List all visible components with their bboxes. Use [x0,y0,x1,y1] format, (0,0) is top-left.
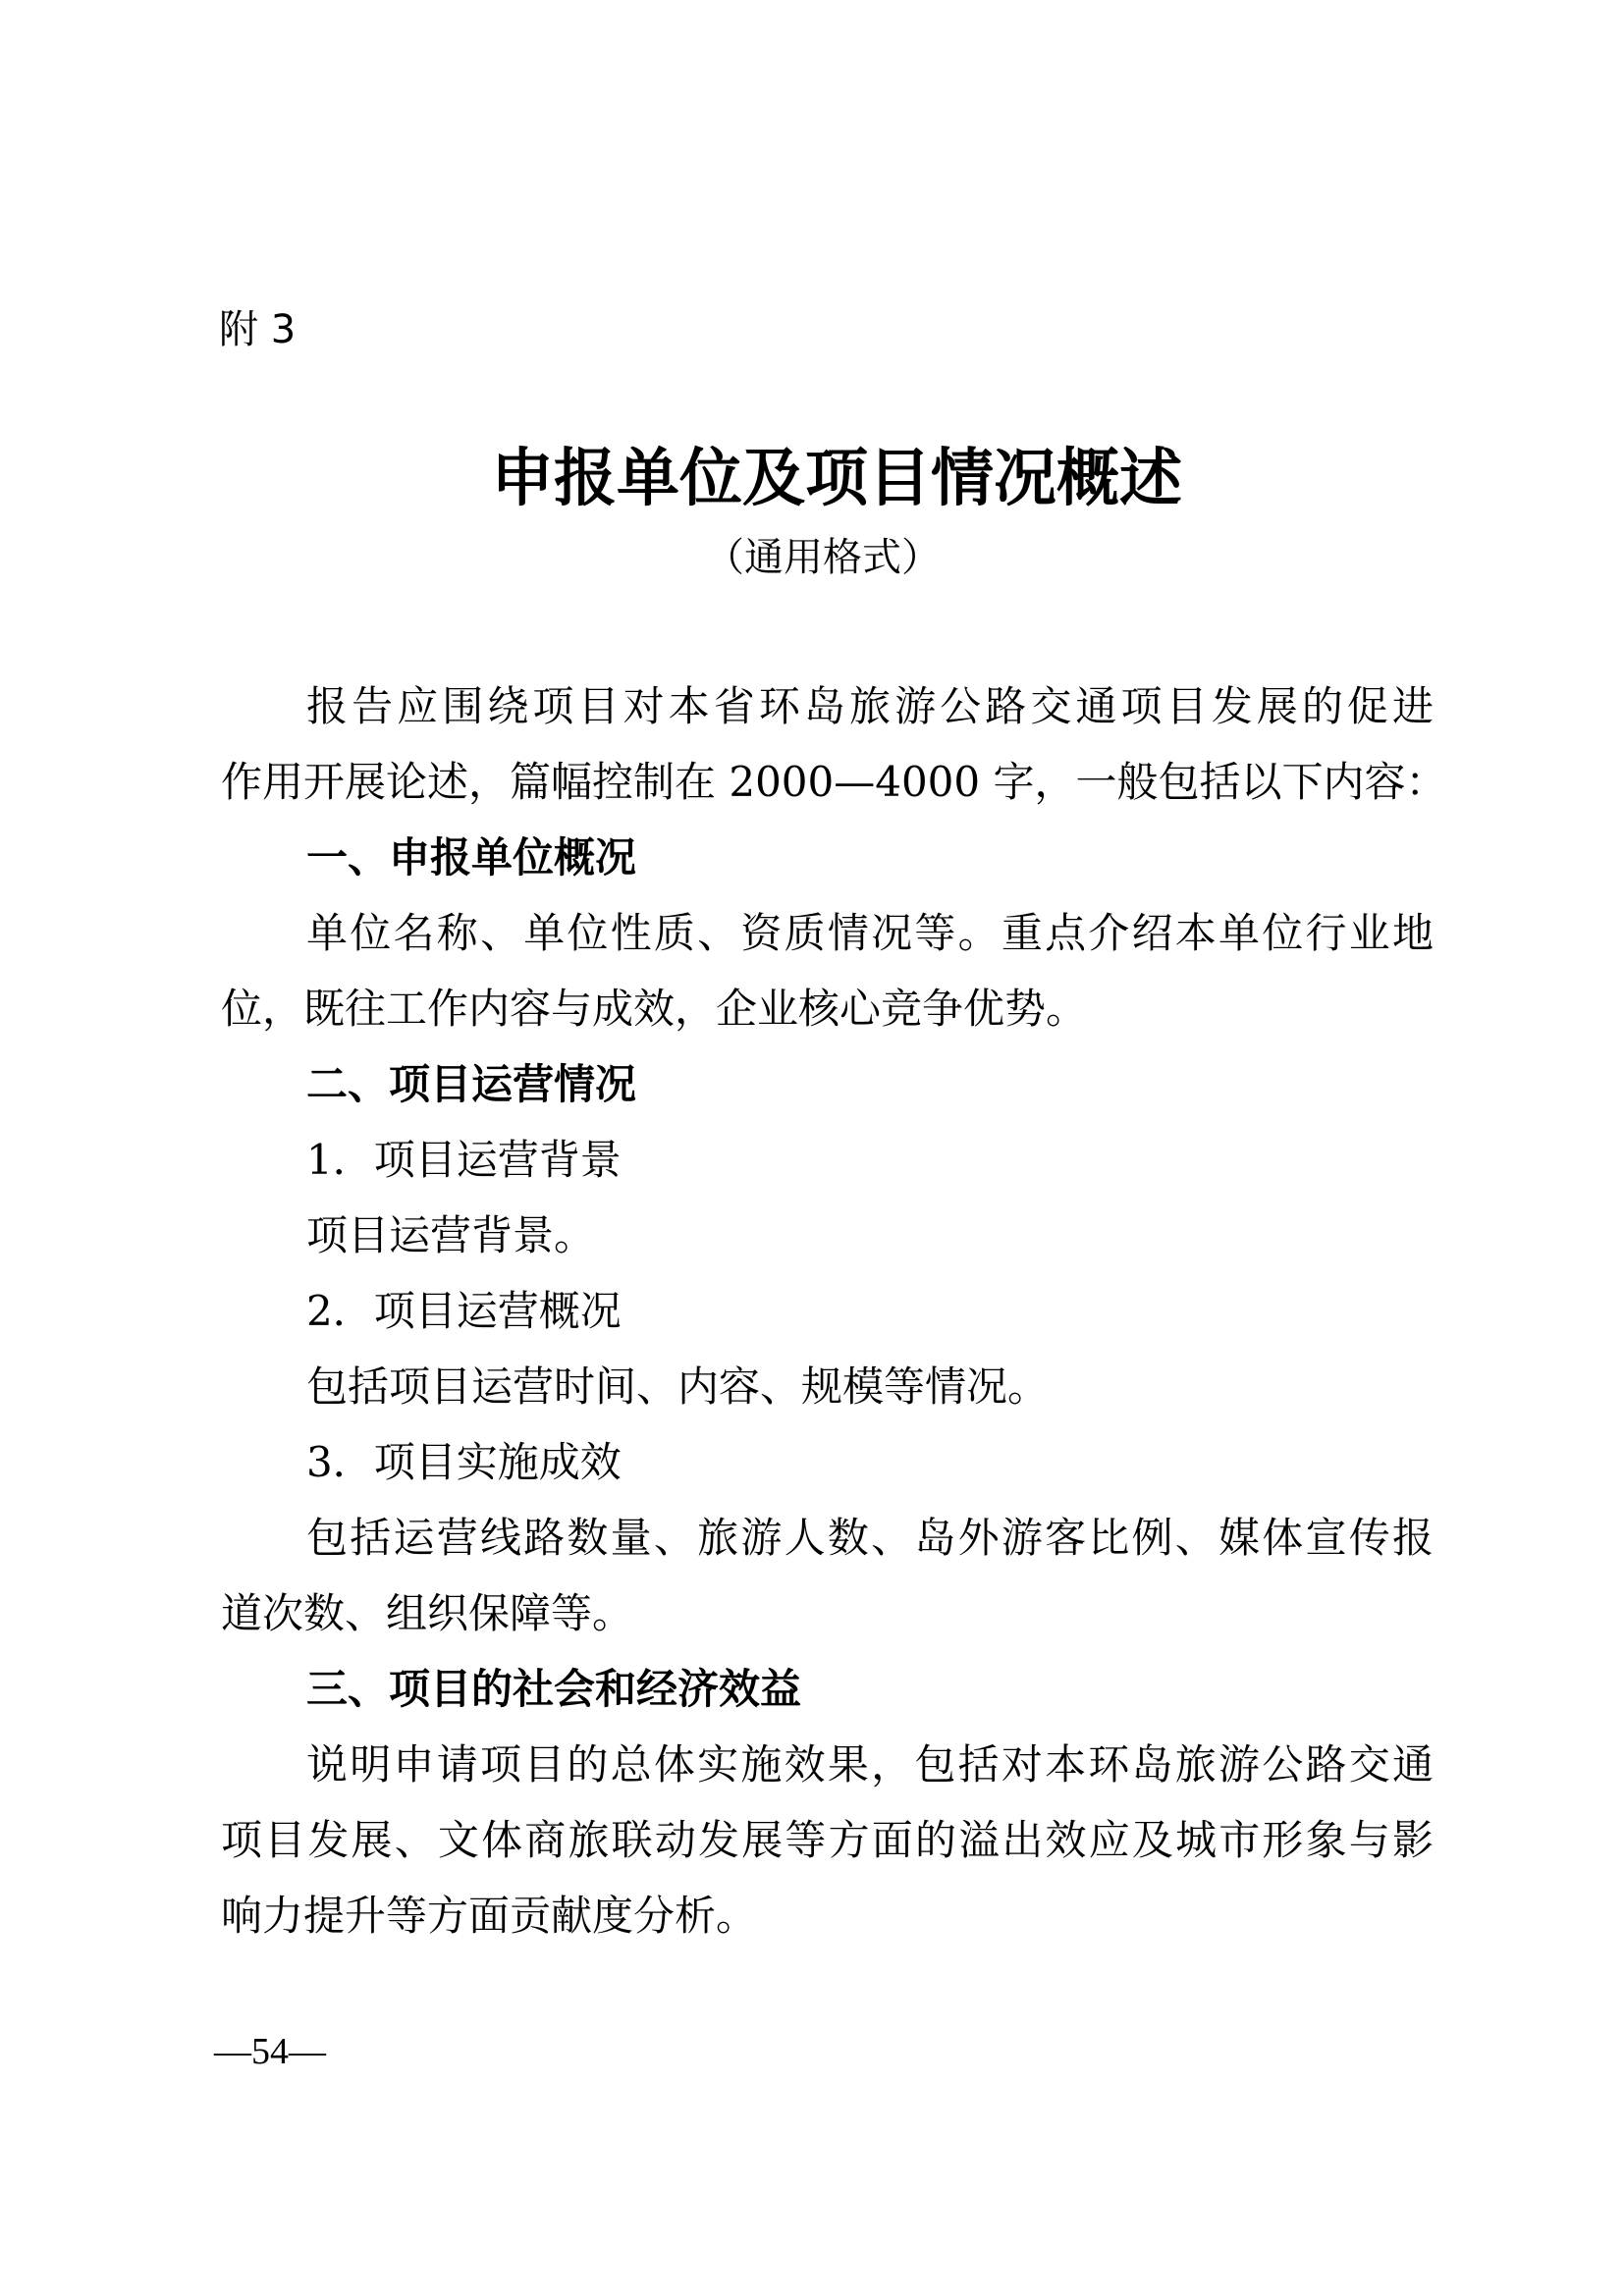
document-subtitle: （通用格式） [705,530,933,585]
subsection-2-3-heading: 3．项目实施成效 [306,1435,622,1490]
subsection-2-3-body-line-2: 道次数、组织保障等。 [221,1586,633,1641]
subsection-2-1-body: 项目运营背景。 [306,1208,595,1263]
section-1-body-line-2: 位，既往工作内容与成效，企业核心竞争优势。 [221,982,1087,1037]
section-1-heading: 一、申报单位概况 [306,830,636,885]
annex-label: 附 3 [219,304,296,355]
subsection-2-1-heading: 1．项目运营背景 [306,1133,622,1188]
section-3-body-line-3: 响力提升等方面贡献度分析。 [221,1889,757,1944]
document-page: 附 3 申报单位及项目情况概述 （通用格式） 报告应围绕项目对本省环岛旅游公路交… [0,0,1624,2296]
document-title: 申报单位及项目情况概述 [491,438,1164,520]
section-3-body-line-2: 项目发展、文体商旅联动发展等方面的溢出效应及城市形象与影 [221,1813,1434,1868]
section-2-heading: 二、项目运营情况 [306,1057,636,1112]
intro-paragraph-line-2: 作用开展论述，篇幅控制在 2000—4000 字，一般包括以下内容： [221,755,1434,810]
intro-paragraph-line-1: 报告应围绕项目对本省环岛旅游公路交通项目发展的促进 [306,679,1434,734]
subsection-2-3-body-line-1: 包括运营线路数量、旅游人数、岛外游客比例、媒体宣传报 [306,1511,1434,1566]
page-number: —54— [214,2028,326,2075]
subsection-2-2-body: 包括项目运营时间、内容、规模等情况。 [306,1360,1049,1415]
section-3-body-line-1: 说明申请项目的总体实施效果，包括对本环岛旅游公路交通 [306,1737,1434,1792]
subsection-2-2-heading: 2．项目运营概况 [306,1284,622,1339]
section-3-heading: 三、项目的社会和经济效益 [306,1662,801,1717]
section-1-body-line-1: 单位名称、单位性质、资质情况等。重点介绍本单位行业地 [306,906,1434,961]
